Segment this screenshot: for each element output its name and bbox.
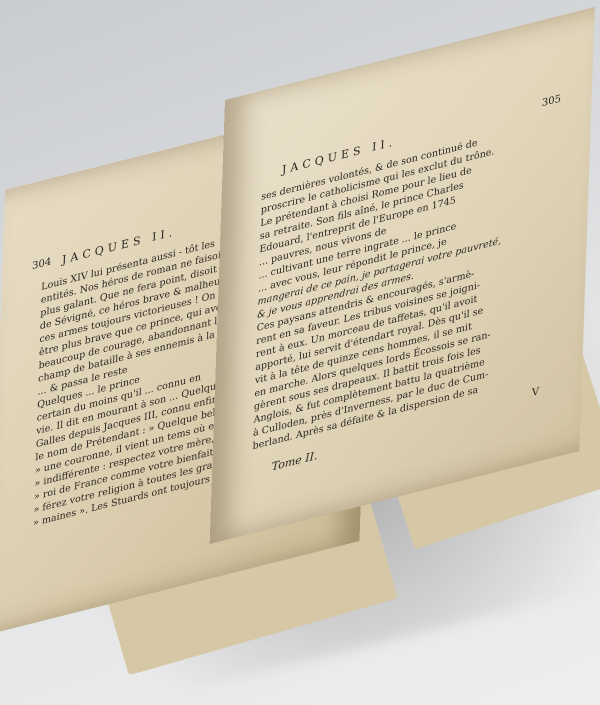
tome-footer: Tome II. (272, 449, 318, 474)
page-number: 304 (32, 256, 51, 272)
signature-mark: V (532, 386, 540, 399)
page-number: 305 (542, 93, 561, 109)
